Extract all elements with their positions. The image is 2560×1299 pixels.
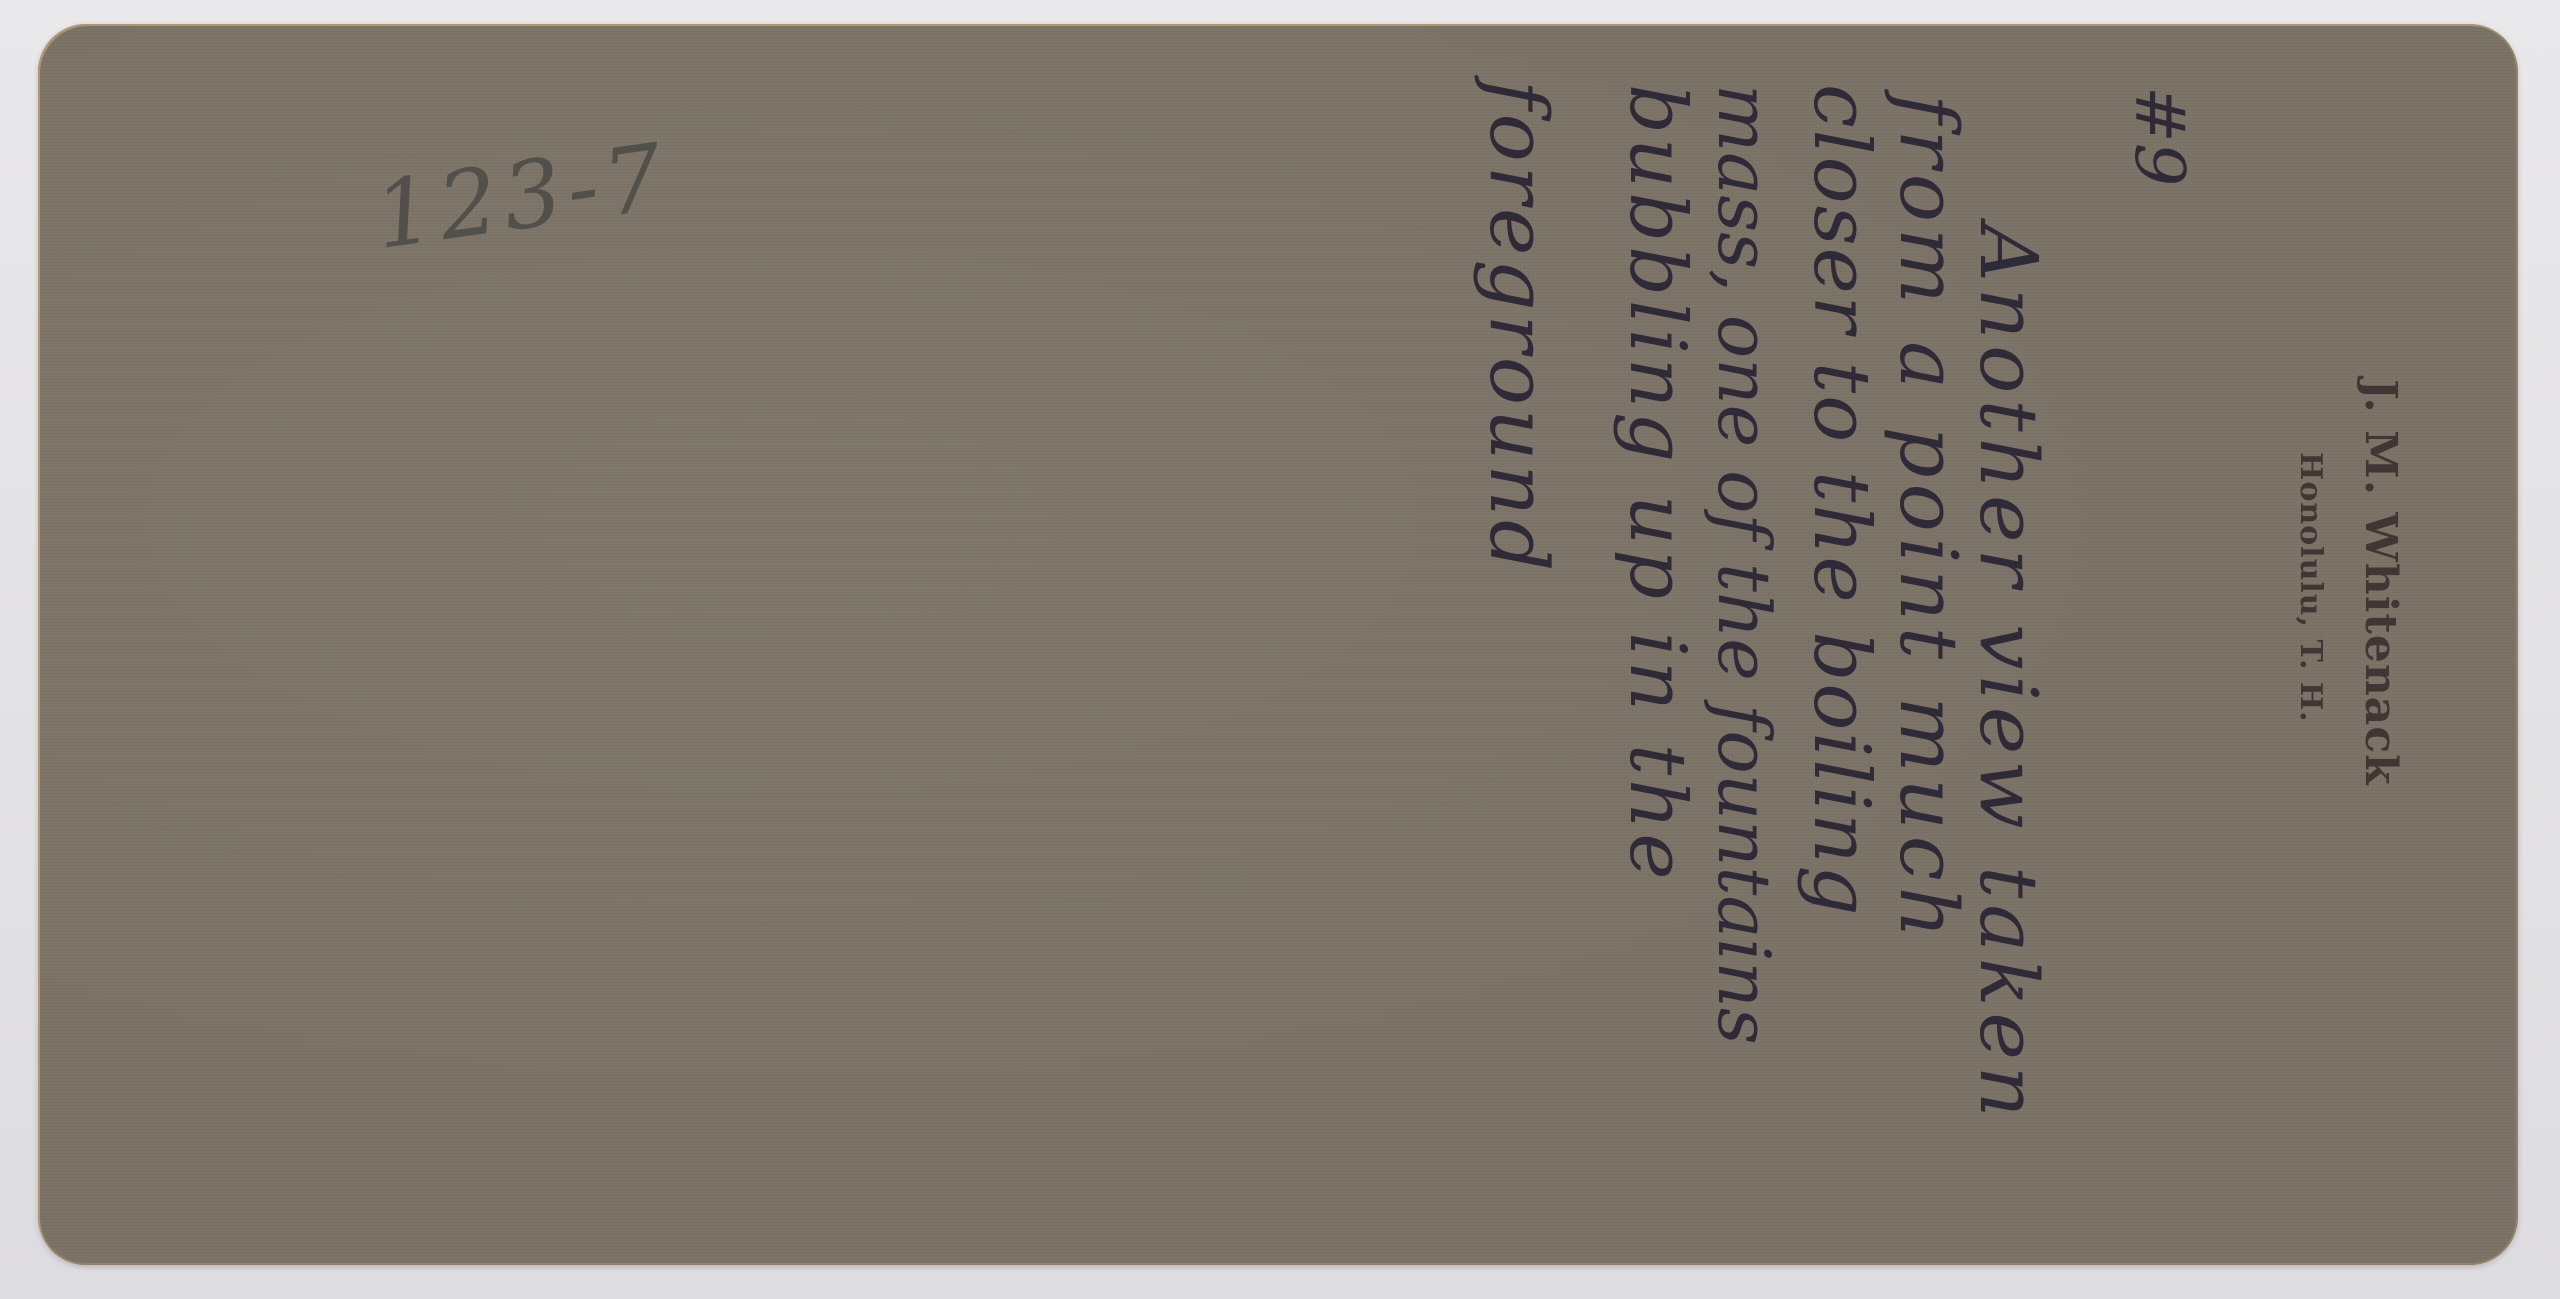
publisher-stamp-place: Honolulu, T. H. (2293, 452, 2328, 723)
caption-line-3: closer to the boiling (1802, 84, 1880, 917)
caption-line-6: foreground (1478, 80, 1558, 575)
stereoview-card-back: 123-7 #9 Another view taken from a point… (38, 24, 2518, 1265)
caption-line-4: mass, one of the fountains (1708, 84, 1780, 1045)
caption-line-1: Another view taken (1968, 224, 2048, 1123)
caption-number: #9 (2119, 86, 2198, 186)
caption-line-2: from a point much (1888, 94, 1968, 944)
publisher-stamp-name: J. M. Whitenack (2355, 379, 2406, 786)
caption-line-5: bubbling up in the (1618, 84, 1696, 884)
pencil-catalog-number: 123-7 (368, 123, 675, 270)
